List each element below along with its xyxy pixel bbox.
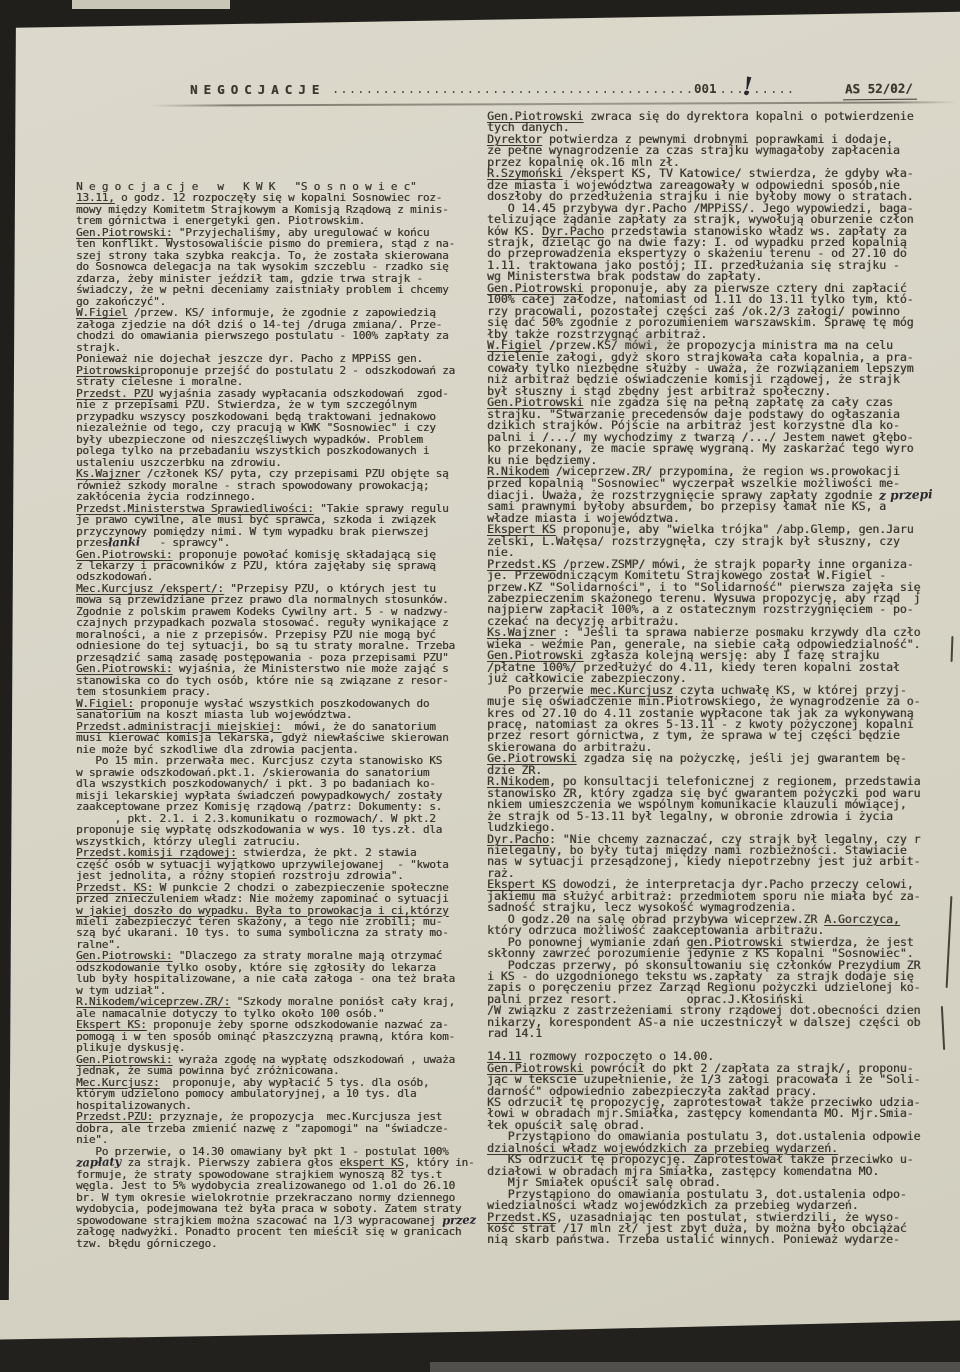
document-header: NEGOCJACJE .............................… bbox=[0, 80, 960, 104]
text-line: polega tylko na przebadaniu wszystkich p… bbox=[76, 445, 486, 456]
text-line: dla wszystkich poszkodowanych/ i pkt. 3 … bbox=[76, 778, 486, 789]
text-line: nie". bbox=[76, 1134, 486, 1145]
scan-edge-left bbox=[0, 8, 16, 1300]
text-line: że strajk od 5-13.11 był legalny, w obro… bbox=[487, 811, 959, 822]
page-number: 001 bbox=[694, 81, 717, 96]
paper-smudge bbox=[600, 330, 690, 356]
text-line: tzw. błędu górniczego. bbox=[76, 1238, 486, 1249]
text-line: zelski, L.Wałęsa/ rozstrzygnęła, czy str… bbox=[487, 536, 959, 547]
text-line: nikarzy, korespondent AS-a nie uczestnic… bbox=[487, 1017, 959, 1028]
text-line: Po 15 min. przerwała mec. Kurcjusz czyta… bbox=[76, 755, 486, 766]
left-text-column: N e g o c j a c j e w K W K "S o s n o w… bbox=[76, 181, 486, 1249]
text-line: węgla. Jest to 5% wydobycia zrealizowane… bbox=[76, 1180, 486, 1191]
text-line: musi kierować komisja lekarska, gdyż nie… bbox=[76, 732, 486, 743]
text-line: nią skarb państwa. Trzeba ustalić winnyc… bbox=[487, 1234, 959, 1245]
text-line: zaakceptowane przez Komisję rządową /pat… bbox=[76, 801, 486, 812]
text-line: nas w sytuacji przesądzonej, kiedy niepo… bbox=[487, 856, 959, 867]
handwritten-exclamation-mark: ! bbox=[740, 71, 756, 101]
document-reference: AS 52/02/ bbox=[843, 81, 917, 101]
right-text-column: Gen.Piotrowski zwraca się do dyrektora k… bbox=[487, 111, 959, 1246]
text-line: nie z przepisami PZU. Stwierdza, że w ty… bbox=[76, 399, 486, 410]
text-line: przesłanki - sprawcy". bbox=[76, 537, 486, 548]
text-line: zapłaty za strajk. Pierwszy zabiera głos… bbox=[76, 1157, 486, 1168]
text-line: Przedst.PZU: przyznaje, że propozycja me… bbox=[76, 1111, 486, 1122]
text-line: niezależnie od tego, czy pracują w KWK "… bbox=[76, 422, 486, 433]
text-line: chodzi do omawiania pierwszego postulatu… bbox=[76, 330, 486, 341]
scanned-document-page: { "page": { "colors": { "paper": "#d8d5c… bbox=[0, 0, 960, 1372]
text-line: rad 14.1 bbox=[487, 1028, 959, 1039]
text-line: Ks.Wajzner /członek KS/ pyta, czy przepi… bbox=[76, 468, 486, 479]
header-dotted-leader: ........................................… bbox=[332, 82, 795, 96]
text-line: Przedst.komisji rządowej: stwierdza, że … bbox=[76, 847, 486, 858]
document-title: NEGOCJACJE bbox=[190, 82, 325, 97]
text-line: wydobycia, podejmowana też była praca w … bbox=[76, 1203, 486, 1214]
text-line: dobra, ale trzeba zmienić nazwę z "zapom… bbox=[76, 1123, 486, 1134]
scan-edge-bottom-strip bbox=[430, 1362, 960, 1372]
scan-edge-top-notch bbox=[72, 0, 230, 9]
text-line: je prawo cywilne, ale musi być sprawca, … bbox=[76, 514, 486, 525]
text-line: szą być ukarani. 10 tys. to suma symboli… bbox=[76, 927, 486, 938]
text-line: załogę nadwyżki. Ponadto procent ten mie… bbox=[76, 1226, 486, 1237]
text-line: proponuje się wypłatę odszkodowania w wy… bbox=[76, 824, 486, 835]
text-line: Ge.Piotrowski zgadza się na pożyczkę, je… bbox=[487, 753, 959, 764]
